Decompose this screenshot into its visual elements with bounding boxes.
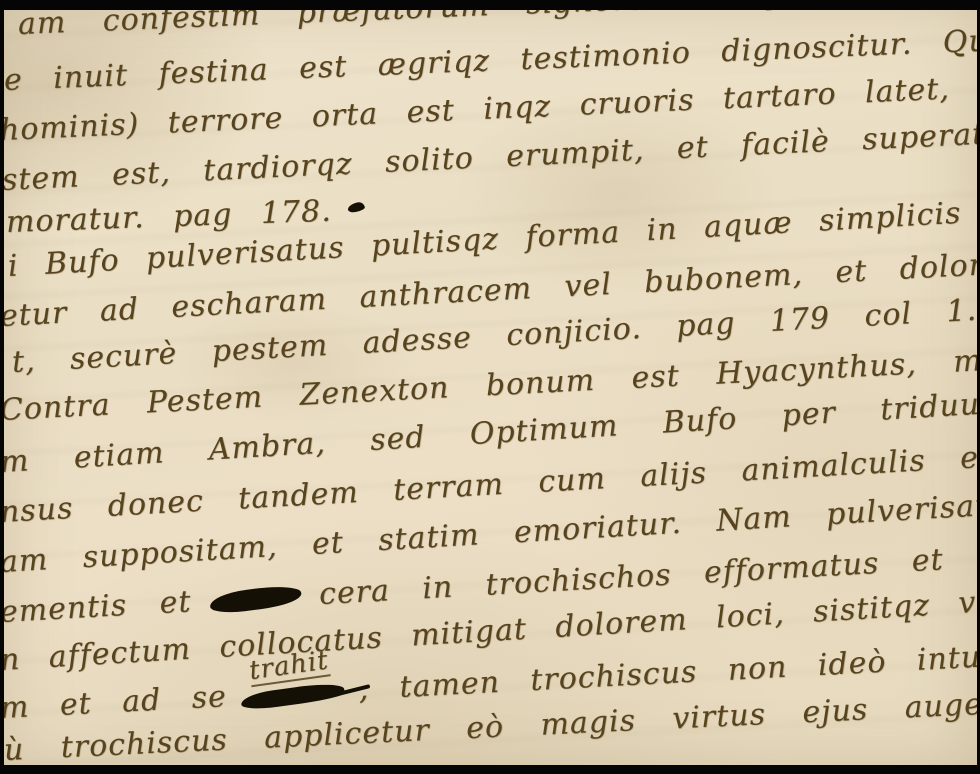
manuscript-scan: am confestim præfatorum signorum aliquod… — [0, 0, 980, 774]
struck-out-word-with-insertion: trahit — [240, 678, 345, 713]
line-15-text-before-deletion: m et ad se — [0, 679, 228, 726]
ink-blot — [347, 201, 365, 213]
ink-deletion-blot — [208, 583, 302, 615]
scan-edge-top — [0, 0, 980, 10]
scan-edge-left — [0, 0, 4, 774]
line-13-text-before-deletion: ementis et — [0, 584, 192, 630]
scan-edge-bottom — [0, 765, 980, 774]
